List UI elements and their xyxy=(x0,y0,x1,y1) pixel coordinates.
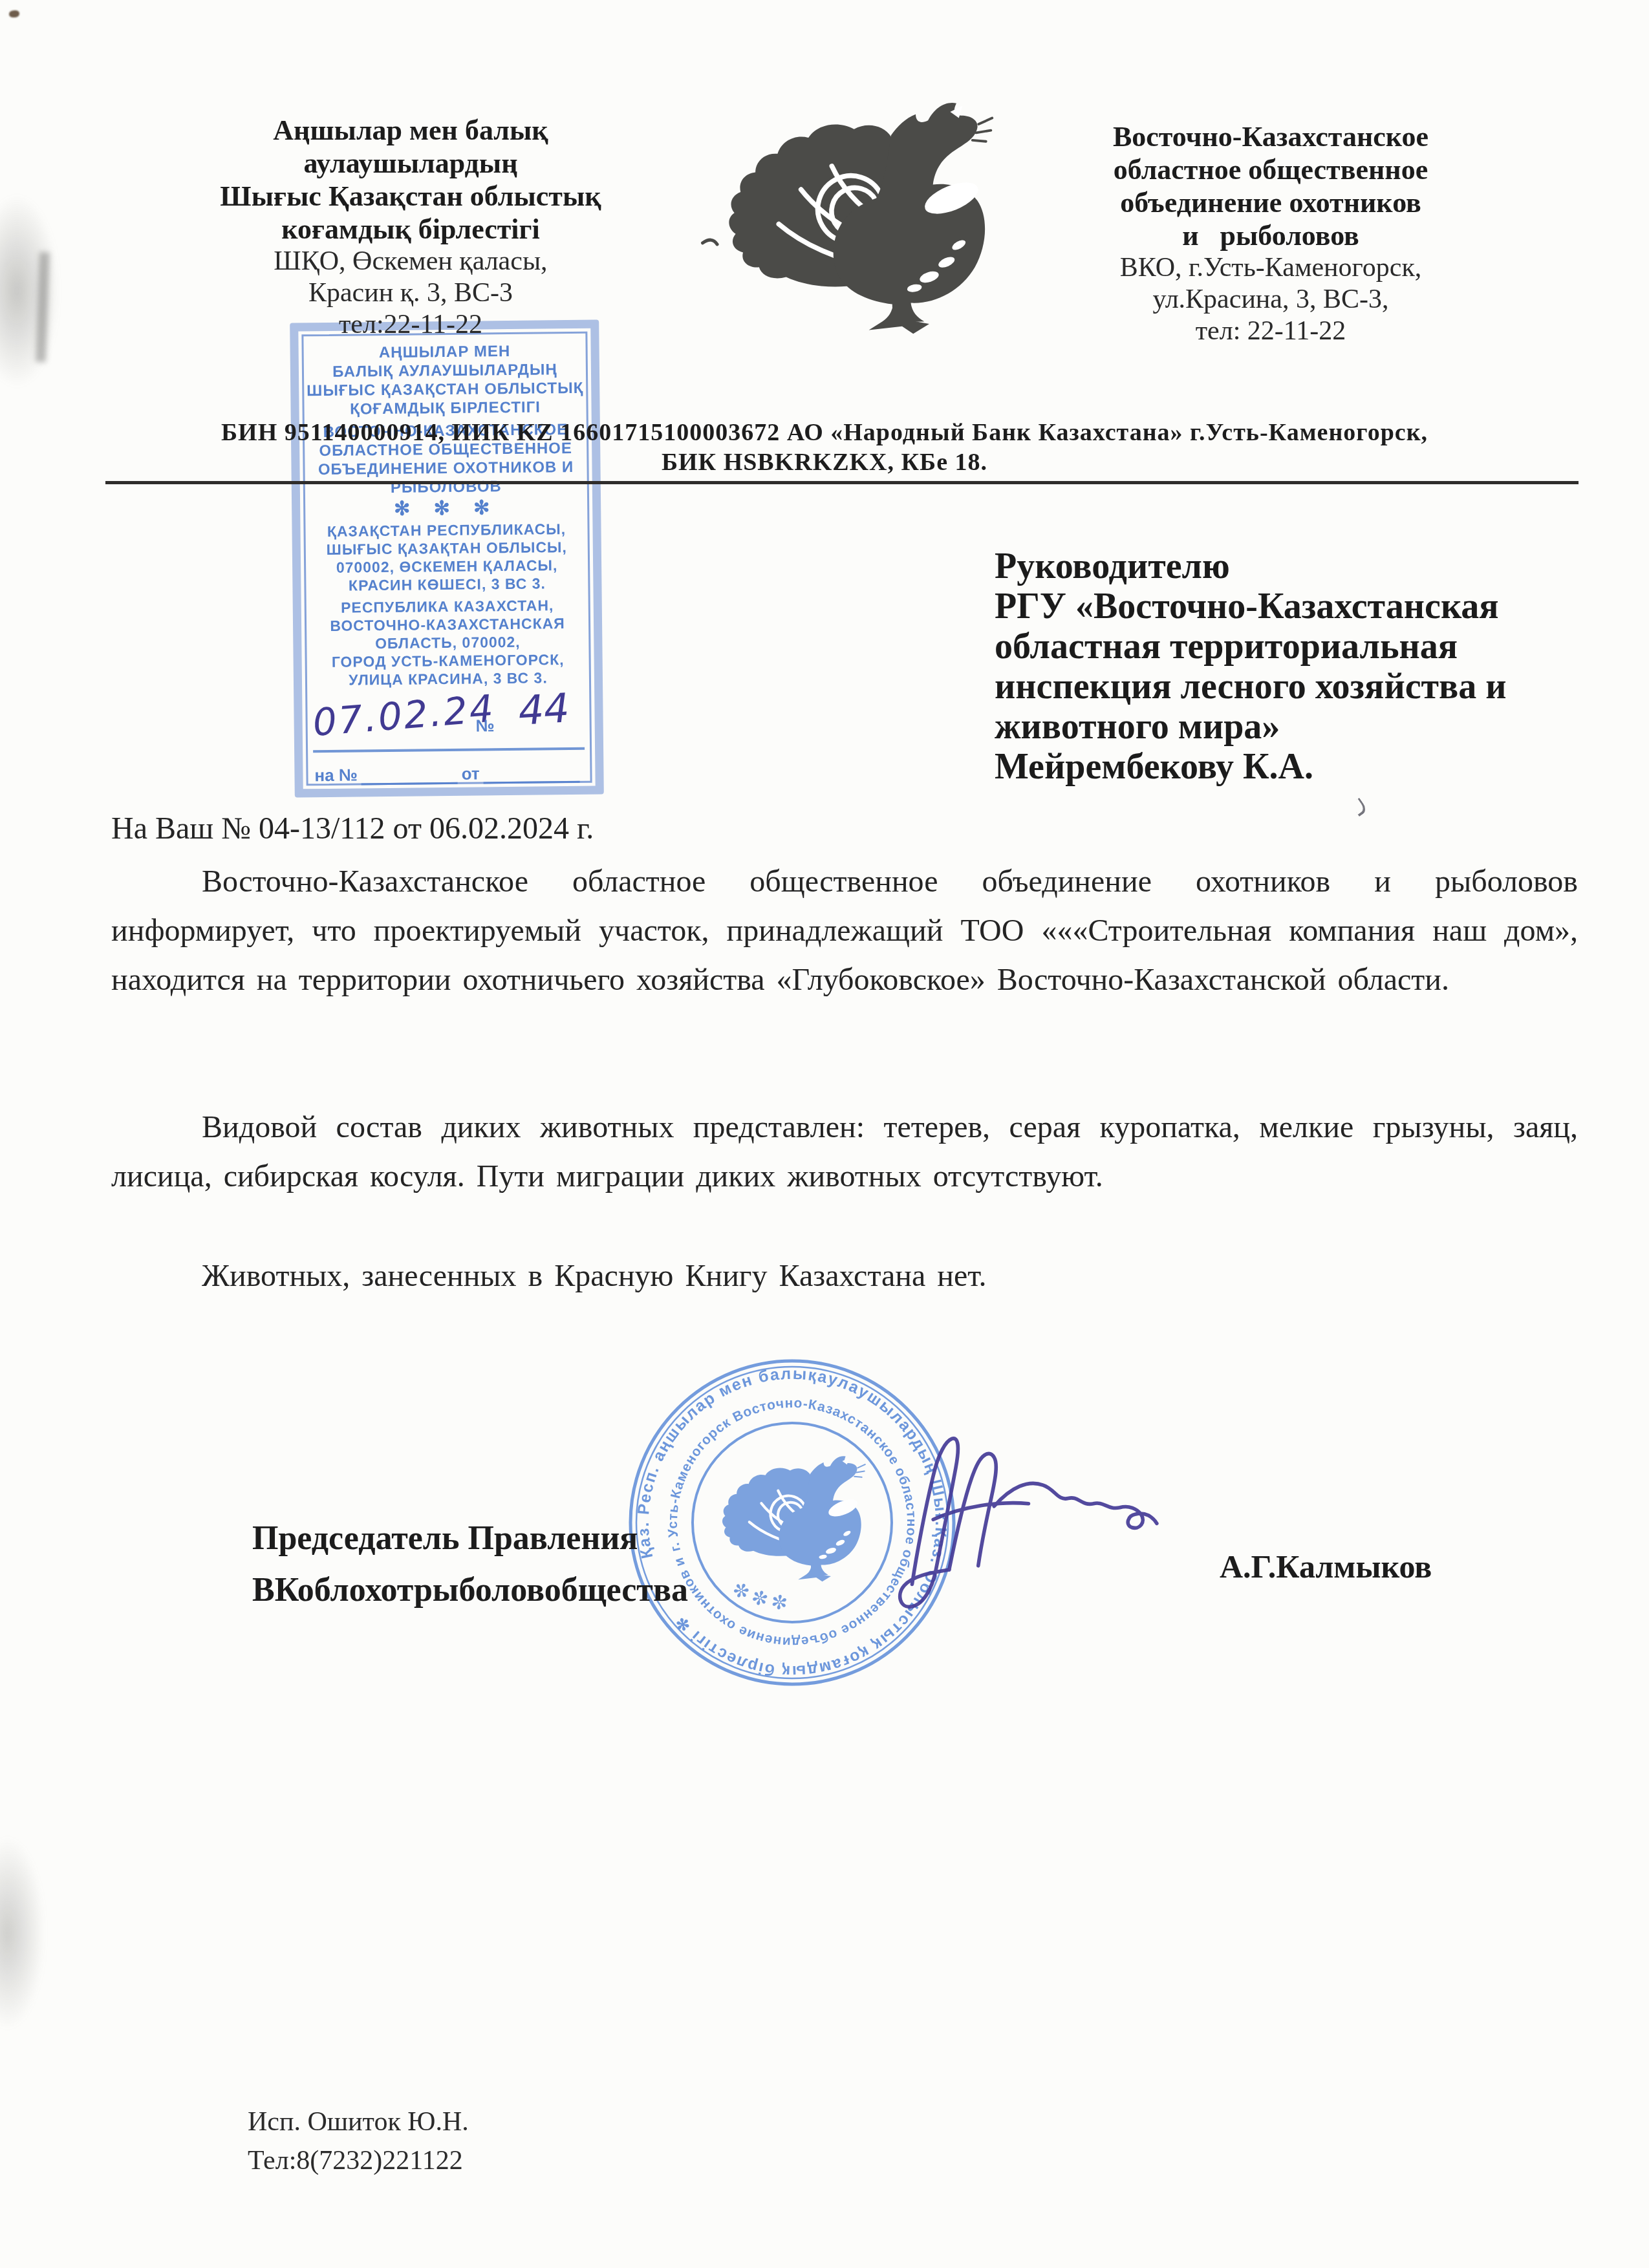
addressee-line: Руководителю xyxy=(995,546,1577,586)
stamp-registration-row: 07.02.24 № 44 xyxy=(312,688,585,753)
org-name-ru-line: областное общественное xyxy=(1015,153,1526,186)
body-paragraph: Животных, занесенных в Красную Книгу Каз… xyxy=(111,1252,1578,1301)
signer-position-line2: ВКоблохотрыболовобщества xyxy=(252,1571,688,1609)
incoming-registration-stamp: АҢШЫЛАР МЕН БАЛЫҚ АУЛАУШЫЛАРДЫҢ ШЫҒЫС ҚА… xyxy=(290,320,604,798)
org-name-kk-line: коғамдық бірлестігі xyxy=(162,213,660,246)
capercaillie-logo-icon xyxy=(697,86,1001,350)
signer-position-line1: Председатель Правления xyxy=(252,1519,638,1557)
org-name-ru-line: объединение охотников xyxy=(1015,186,1526,219)
org-address-kk-line: тел:22-11-22 xyxy=(162,309,660,341)
executor-name: Исп. Ошиток Ю.Н. xyxy=(248,2102,469,2141)
addressee-line: РГУ «Восточно-Казахстанская xyxy=(995,586,1577,626)
stamp-addr-kk-line: ҚАЗАҚСТАН РЕСПУБЛИКАСЫ, xyxy=(305,520,587,541)
org-name-kk-line: Аңшылар мен балық xyxy=(162,114,660,147)
stamp-org-kk-line: ШЫҒЫС ҚАЗАҚСТАН ОБЛЫСТЫҚ xyxy=(304,379,586,401)
letterhead-right-russian: Восточно-Казахстанское областное обществ… xyxy=(1015,120,1526,347)
letterhead-left-kazakh: Аңшылар мен балық аулаушылардың Шығыс Қа… xyxy=(162,114,660,341)
scan-corner-mark xyxy=(9,10,19,17)
reference-line: На Ваш № 04-13/112 от 06.02.2024 г. xyxy=(111,811,594,846)
stamp-org-kk-line: БАЛЫҚ АУЛАУШЫЛАРДЫҢ xyxy=(304,360,586,382)
letterhead-divider-line xyxy=(105,481,1579,484)
pen-tick-mark xyxy=(1350,798,1368,817)
stamp-addr-kk-line: 070002, ӨСКЕМЕН ҚАЛАСЫ, xyxy=(306,556,588,577)
stamp-addr-kk-line: ШЫҒЫС ҚАЗАҚТАН ОБЛЫСЫ, xyxy=(306,538,588,559)
stamp-org-kk-line: ҚОҒАМДЫҚ БІРЛЕСТІГІ xyxy=(304,398,586,420)
bank-requisites-line1: БИН 951140000914, ИИК KZ 166017151000036… xyxy=(84,418,1565,447)
body-paragraph: Восточно-Казахстанское областное обществ… xyxy=(111,857,1578,1005)
bank-requisites: БИН 951140000914, ИИК KZ 166017151000036… xyxy=(84,418,1565,477)
stamp-stars-separator: ✻ ✻ ✻ xyxy=(305,495,587,523)
body-paragraph: Видовой состав диких животных представле… xyxy=(111,1103,1578,1201)
addressee-line: инспекция лесного хозяйства и xyxy=(995,667,1577,707)
stamp-addr-ru-line: ВОСТОЧНО-КАЗАХСТАНСКАЯ xyxy=(307,614,588,636)
org-name-ru-line: и рыболовов xyxy=(1015,219,1526,252)
executor-block: Исп. Ошиток Ю.Н. Тел:8(7232)221122 xyxy=(248,2102,469,2180)
stamp-addr-ru-line: ГОРОД УСТЬ-КАМЕНОГОРСК, xyxy=(307,650,589,672)
addressee-block: Руководителю РГУ «Восточно-Казахстанская… xyxy=(995,546,1577,787)
stamp-addr-ru-line: ОБЛАСТЬ, 070002, xyxy=(307,632,588,654)
stamp-na-no-label: на № xyxy=(314,765,358,786)
seal-stars: ✼ ✼ ✼ xyxy=(729,1578,788,1614)
handwritten-registration-number: 44 xyxy=(517,684,570,734)
stamp-number-sign: № xyxy=(476,716,495,736)
addressee-line: животного мира» xyxy=(995,707,1577,747)
handwritten-registration-date: 07.02.24 xyxy=(311,686,497,744)
stamp-blank-line xyxy=(361,763,458,786)
bank-requisites-line2: БИК HSBKRKZKX, КБе 18. xyxy=(84,447,1565,477)
scan-smudge-left-top xyxy=(0,194,59,388)
addressee-line: областная территориальная xyxy=(995,626,1577,667)
incoming-stamp-inner-frame: АҢШЫЛАР МЕН БАЛЫҚ АУЛАУШЫЛАРДЫҢ ШЫҒЫС ҚА… xyxy=(301,332,592,786)
org-address-ru-line: ул.Красина, 3, ВС-3, xyxy=(1015,284,1526,316)
stamp-reply-reference-row: на № от xyxy=(314,762,583,786)
org-address-ru-line: ВКО, г.Усть-Каменогорск, xyxy=(1015,252,1526,284)
scan-smudge-left-bottom xyxy=(0,1836,45,2030)
org-name-kk-line: Шығыс Қазақстан облыстық xyxy=(162,180,660,213)
stamp-org-ru-line: РЫБОЛОВОВ xyxy=(305,476,587,498)
org-address-ru-line: тел: 22-11-22 xyxy=(1015,316,1526,347)
seal-capercaillie-icon xyxy=(722,1456,865,1581)
handwritten-signature xyxy=(870,1406,1161,1620)
org-address-kk-line: Красин қ. 3, ВС-3 xyxy=(162,277,660,309)
stamp-ot-label: от xyxy=(462,764,480,784)
stamp-blank-line xyxy=(483,762,579,784)
executor-phone: Тел:8(7232)221122 xyxy=(248,2141,469,2180)
org-name-kk-line: аулаушылардың xyxy=(162,147,660,180)
stamp-org-kk-line: АҢШЫЛАР МЕН xyxy=(304,341,586,363)
signer-name: А.Г.Калмыков xyxy=(1220,1548,1432,1585)
seal-stars-textpath: ✼ ✼ ✼ xyxy=(729,1578,788,1614)
addressee-name: Мейрембекову К.А. xyxy=(995,747,1577,787)
org-name-ru-line: Восточно-Казахстанское xyxy=(1015,120,1526,153)
scanned-letter-page: Аңшылар мен балық аулаушылардың Шығыс Қа… xyxy=(0,0,1649,2268)
org-address-kk-line: ШҚО, Өскемен қаласы, xyxy=(162,246,660,277)
